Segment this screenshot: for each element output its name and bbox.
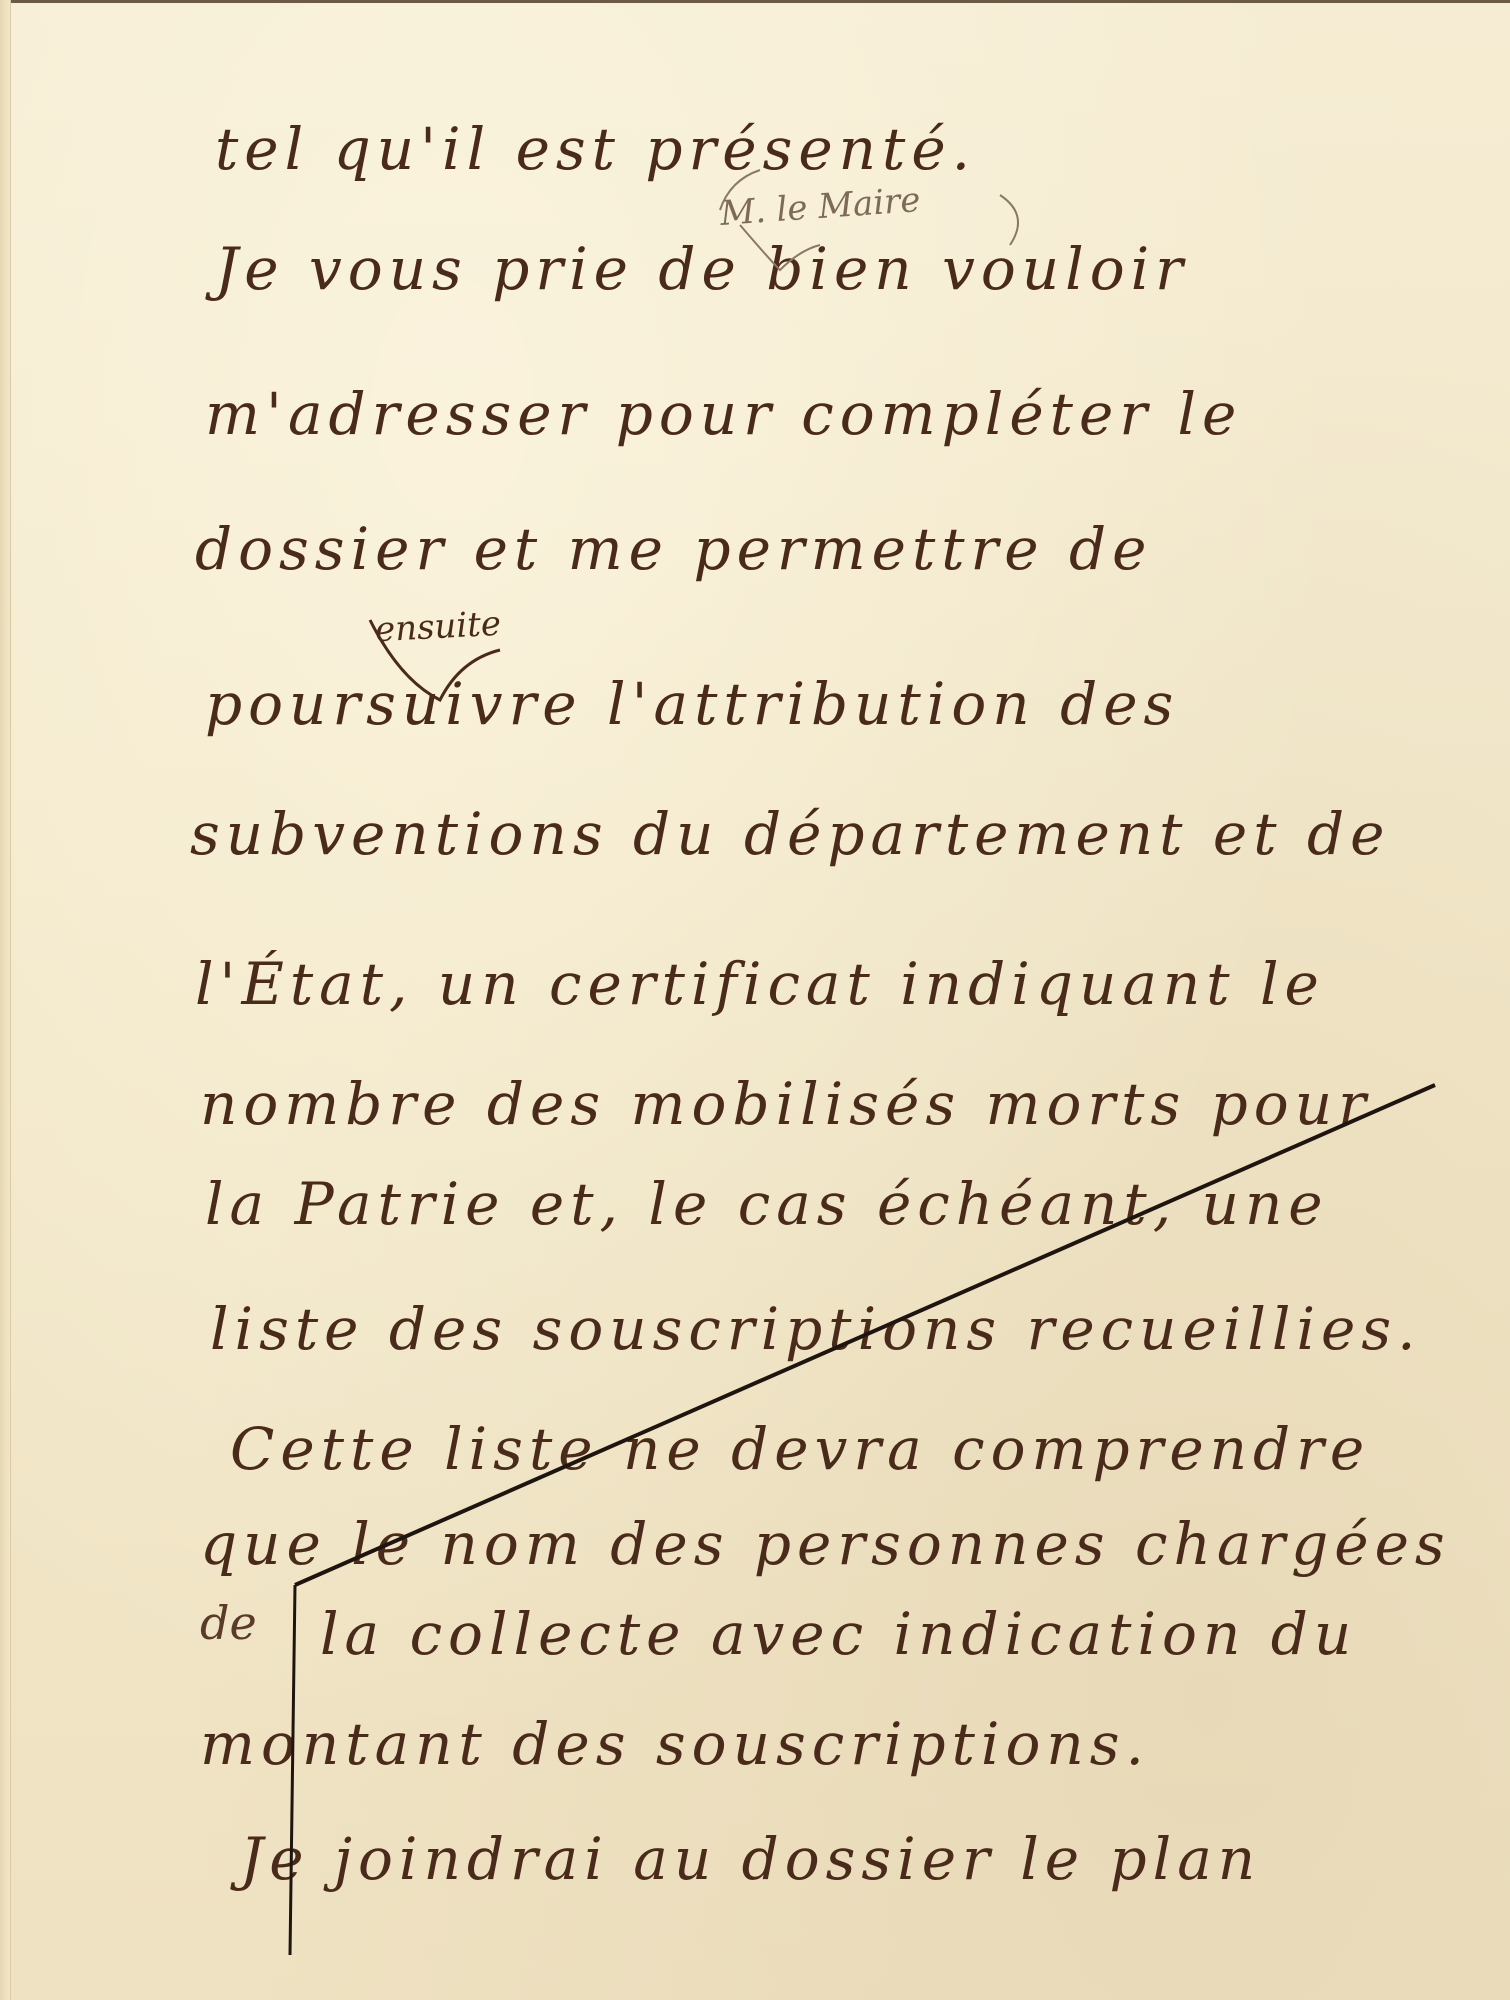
- text-line-14: montant des souscriptions.: [200, 1715, 1150, 1773]
- text-line-3: m'adresser pour compléter le: [205, 385, 1242, 443]
- text-line-7: l'État, un certificat indiquant le: [195, 955, 1325, 1013]
- text-line-6: subventions du département et de: [190, 805, 1390, 863]
- page-left-edge: [0, 0, 11, 2000]
- pencil-insert-m-le-maire: M. le Maire: [719, 183, 921, 231]
- text-line-10: liste des souscriptions recueillies.: [210, 1300, 1422, 1358]
- text-line-4: dossier et me permettre de: [195, 520, 1153, 578]
- ink-insert-ensuite: ensuite: [374, 607, 502, 648]
- manuscript-page: tel qu'il est présenté. M. le Maire Je v…: [0, 0, 1510, 2000]
- text-line-2: Je vous prie de bien vouloir: [215, 240, 1189, 298]
- text-line-1: tel qu'il est présenté.: [215, 120, 976, 178]
- text-line-12: que le nom des personnes chargées: [200, 1515, 1451, 1573]
- text-line-13: la collecte avec indication du: [320, 1605, 1357, 1663]
- text-line-5: poursuivre l'attribution des: [205, 675, 1179, 733]
- page-top-edge: [0, 0, 1510, 3]
- text-line-8: nombre des mobilisés morts pour: [200, 1075, 1372, 1133]
- text-line-9: la Patrie et, le cas échéant, une: [205, 1175, 1329, 1233]
- margin-note-de: de: [200, 1600, 257, 1646]
- text-line-15: Je joindrai au dossier le plan: [240, 1830, 1261, 1888]
- text-line-11: Cette liste ne devra comprendre: [230, 1420, 1370, 1478]
